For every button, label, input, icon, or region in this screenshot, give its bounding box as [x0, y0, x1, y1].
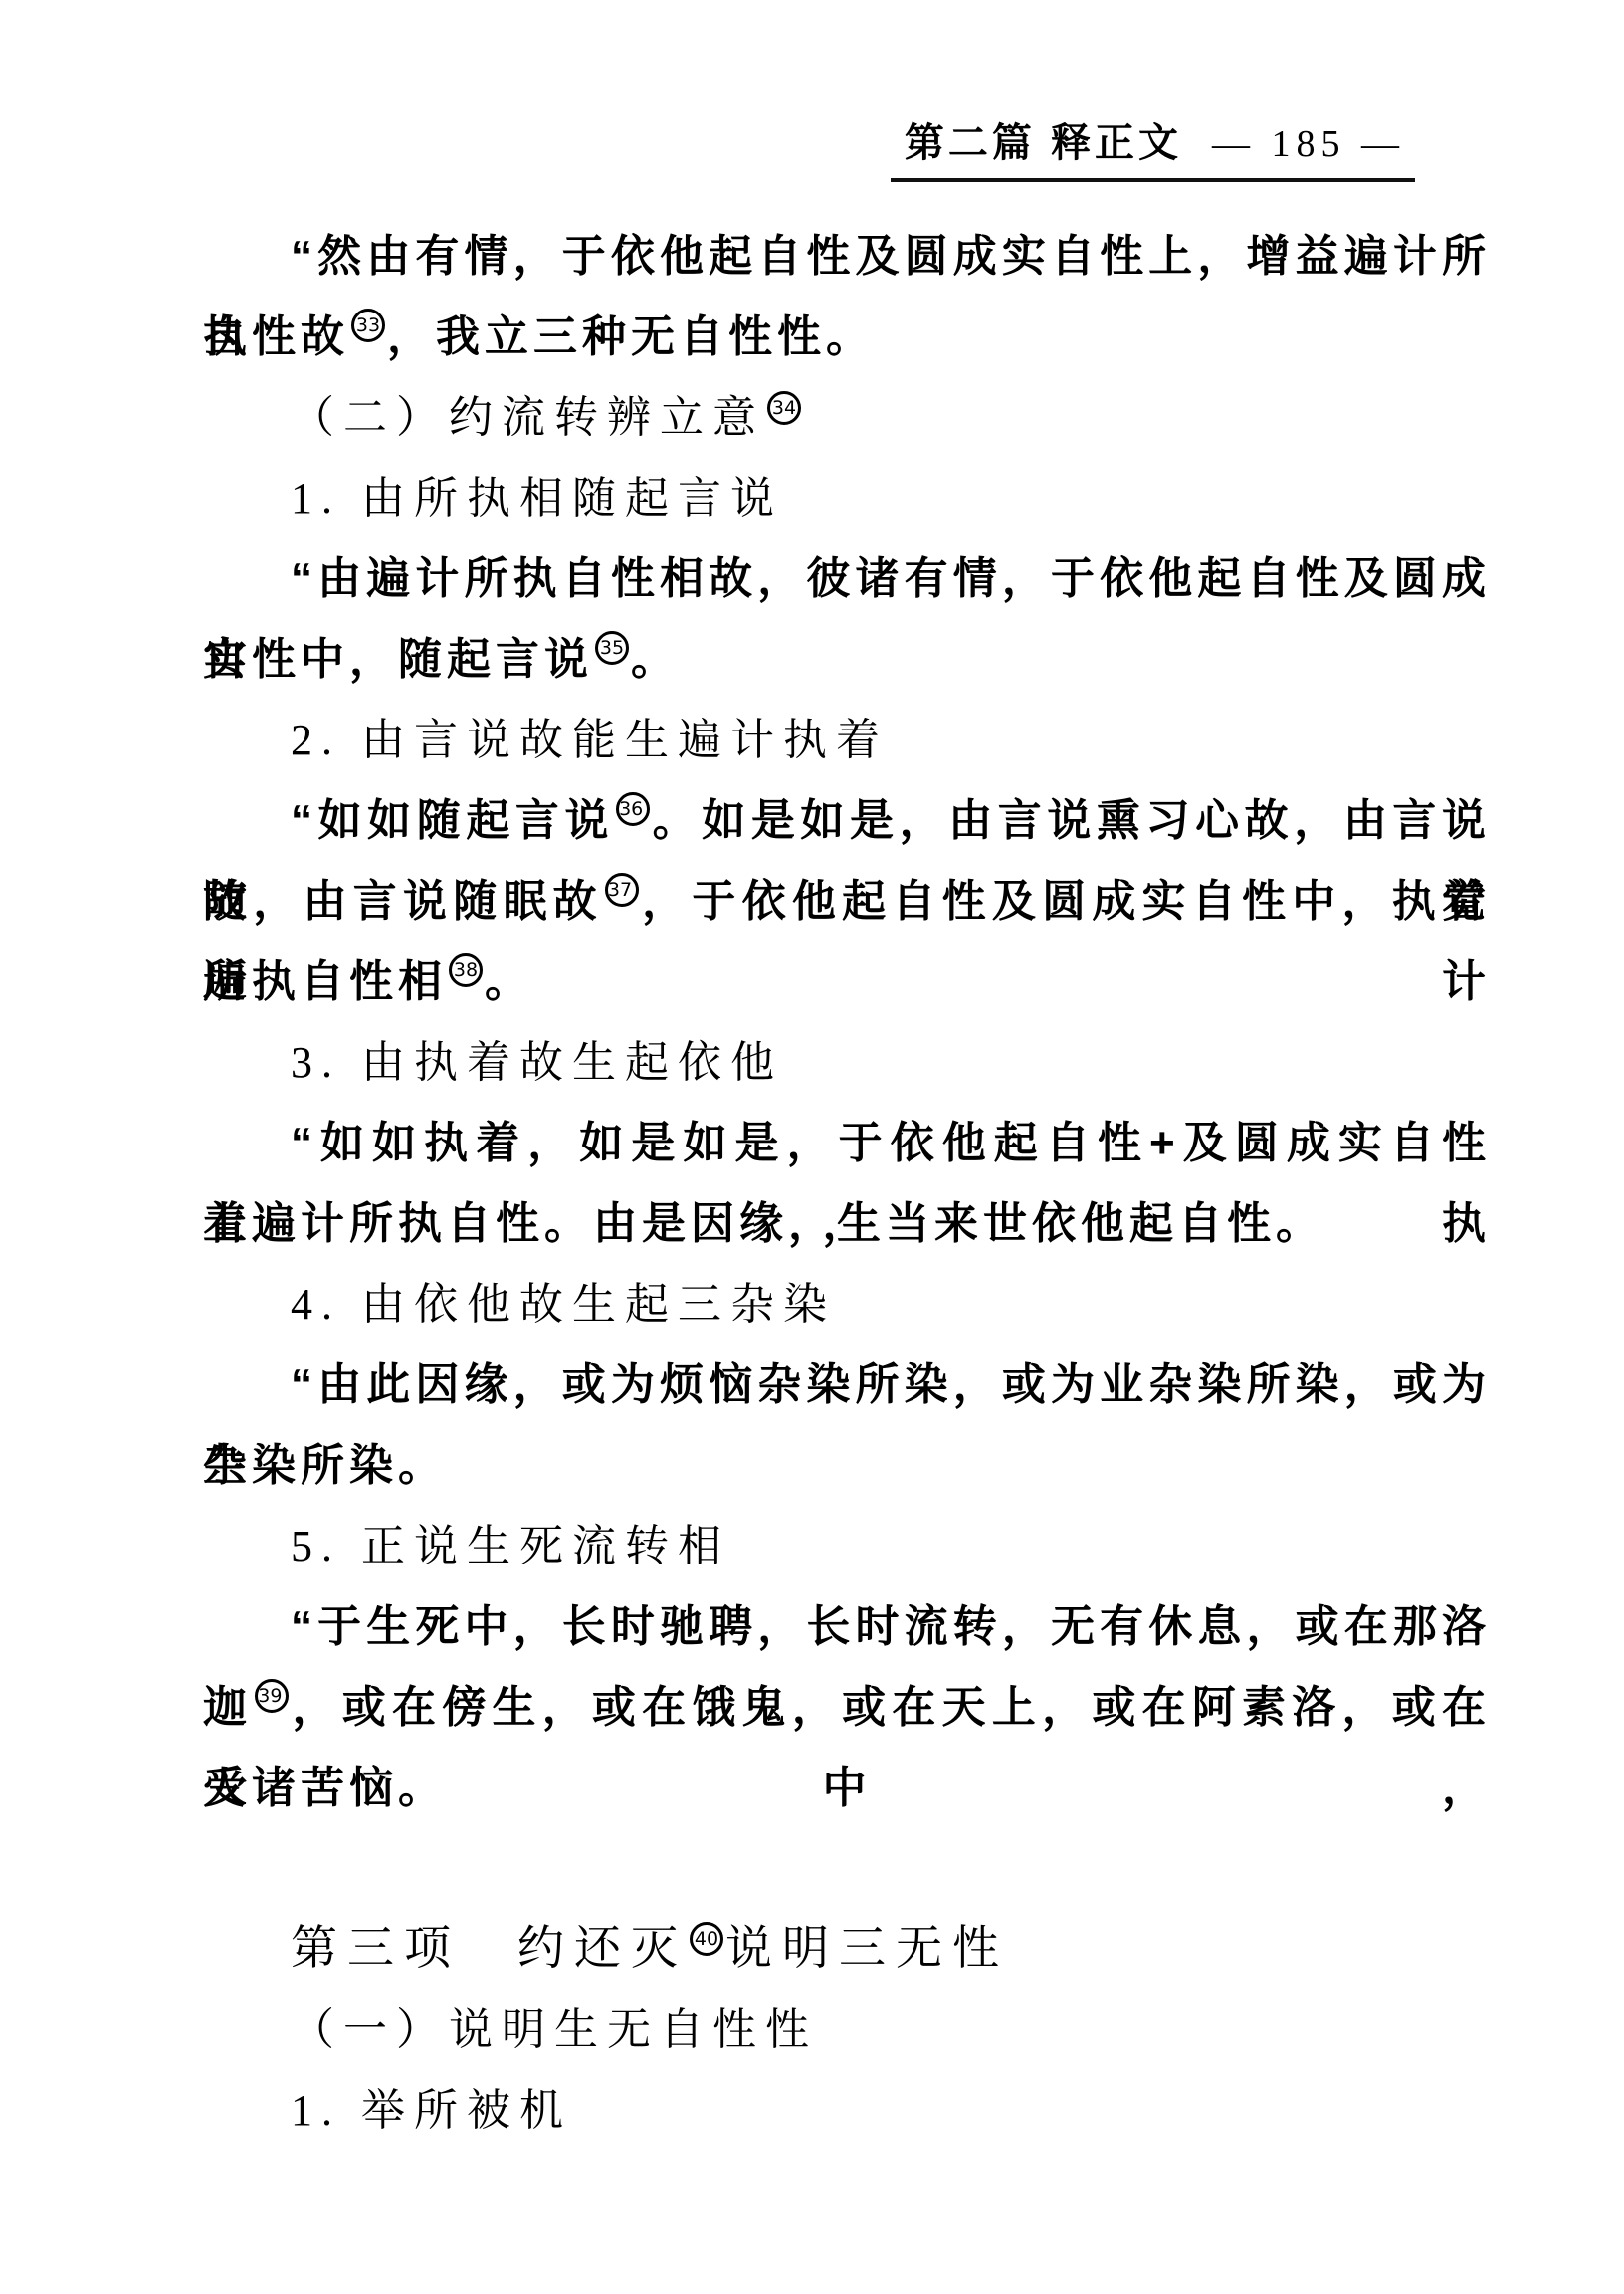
text-run: ，我立三种无自性性。 [387, 313, 875, 361]
numbered-heading: 5. 正说生死流转相 [203, 1506, 1491, 1586]
footnote-marker-40: 40 [690, 1922, 723, 1956]
header-page-number: — 185 — [1212, 123, 1405, 165]
subsection-heading: （二）约流转辨立意34 [203, 377, 1491, 458]
text-run: 所执自性相 [203, 957, 447, 1006]
text-run: 自性故 [203, 313, 349, 361]
running-header: 第二篇 释正文— 185 — [891, 111, 1415, 182]
text-run: 杂染所染。 [203, 1441, 447, 1490]
subsection-heading: （一）说明生无自性性 [203, 1989, 1491, 2070]
section-heading: 第三项 约还灭40说明三无性 [203, 1909, 1491, 1989]
text-run: 1. 由所执相随起言说 [291, 474, 783, 522]
footnote-marker-33: 33 [351, 309, 385, 342]
quote-line: “如如随起言说36。如是如是，由言说熏习心故，由言说随觉 [203, 780, 1491, 861]
text-run: 5. 正说生死流转相 [291, 1522, 730, 1570]
text-run: 迦 [203, 1683, 253, 1732]
quote-line: “如如执着，如是如是，于依他起自性+及圆成实自性上，执 [203, 1103, 1491, 1183]
footnote-marker-37: 37 [605, 873, 639, 907]
quote-line: “然由有情，于依他起自性及圆成实自性上，增益遍计所执 [203, 216, 1491, 297]
book-page: 第二篇 释正文— 185 — “然由有情，于依他起自性及圆成实自性上，增益遍计所… [0, 0, 1624, 2294]
text-run: 2. 由言说故能生遍计执着 [291, 716, 889, 764]
quote-line: 迦39，或在傍生，或在饿鬼，或在天上，或在阿素洛，或在人中， [203, 1667, 1491, 1748]
text-run: 受诸苦恼。 [203, 1764, 447, 1812]
text-run: 4. 由依他故生起三杂染 [291, 1280, 836, 1329]
quote-line: 自性故33，我立三种无自性性。 [203, 297, 1491, 377]
text-run: 。 [631, 635, 680, 684]
text-run: 。 [485, 957, 533, 1006]
quote-line: 自性中，随起言说35。 [203, 619, 1491, 700]
footnote-marker-36: 36 [616, 792, 650, 826]
body-text: “然由有情，于依他起自性及圆成实自性上，增益遍计所执 自性故33，我立三种无自性… [203, 216, 1491, 2151]
text-run: 故，由言说随眠故 [203, 877, 603, 926]
text-run: （一）说明生无自性性 [291, 2005, 818, 2054]
numbered-heading: 3. 由执着故生起依他 [203, 1022, 1491, 1103]
quote-line: 着遍计所执自性。由是因缘，生当来世依他起自性。 [203, 1183, 1491, 1264]
text-run: （二）约流转辨立意 [291, 393, 765, 442]
quote-line: 故，由言说随眠故37，于依他起自性及圆成实自性中，执着遍计 [203, 861, 1491, 941]
quote-line: 杂染所染。 [203, 1425, 1491, 1506]
quote-line: “由遍计所执自性相故，彼诸有情，于依他起自性及圆成实 [203, 538, 1491, 619]
text-run: “如如随起言说 [291, 796, 614, 845]
text-run: 第三项 约还灭 [291, 1923, 688, 1975]
numbered-heading: 2. 由言说故能生遍计执着 [203, 700, 1491, 780]
numbered-heading: 4. 由依他故生起三杂染 [203, 1264, 1491, 1345]
quote-line: “于生死中，长时驰聘，长时流转，无有休息，或在那洛 [203, 1586, 1491, 1667]
header-section-title: 第二篇 释正文 [905, 121, 1182, 165]
footnote-marker-35: 35 [595, 631, 629, 665]
text-run: 着遍计所执自性。由是因缘，生当来世依他起自性。 [203, 1199, 1324, 1248]
vertical-gap [203, 1828, 1491, 1909]
text-run: 3. 由执着故生起依他 [291, 1038, 783, 1087]
footnote-marker-34: 34 [767, 391, 801, 425]
footnote-marker-38: 38 [449, 953, 483, 987]
text-run: 说明三无性 [725, 1923, 1009, 1975]
quote-line: “由此因缘，或为烦恼杂染所染，或为业杂染所染，或为生 [203, 1345, 1491, 1425]
text-run: 1. 举所被机 [291, 2086, 572, 2135]
text-run: 自性中，随起言说 [203, 635, 593, 684]
numbered-heading: 1. 由所执相随起言说 [203, 458, 1491, 538]
numbered-heading: 1. 举所被机 [203, 2070, 1491, 2151]
text-run: “于生死中，长时驰聘，长时流转，无有休息，或在那洛 [291, 1602, 1491, 1651]
footnote-marker-39: 39 [255, 1679, 289, 1713]
